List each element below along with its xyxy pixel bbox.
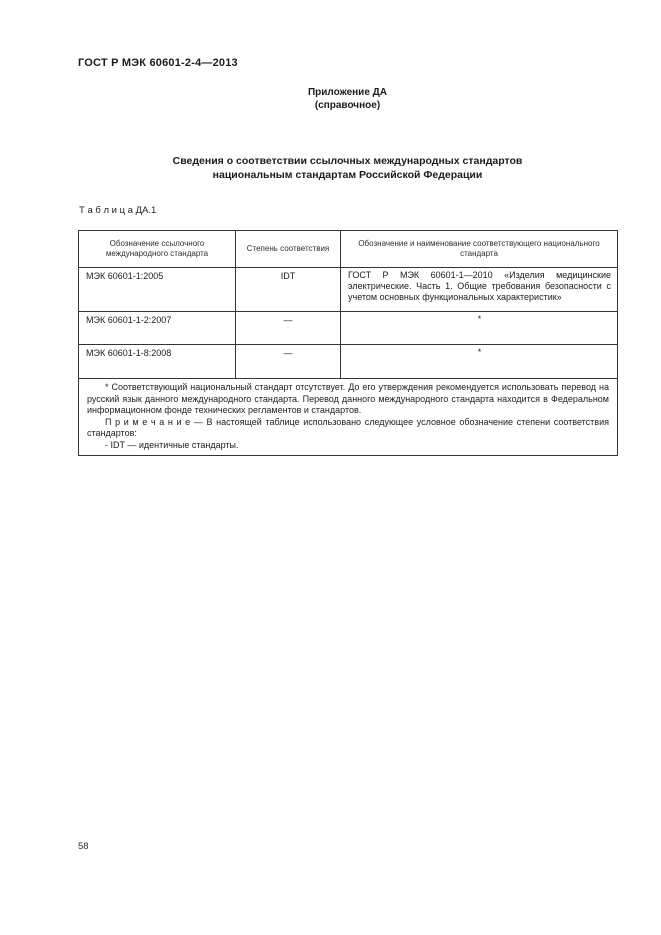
cell-degree: — — [236, 312, 341, 345]
annex-heading: Приложение ДА (справочное) — [78, 87, 617, 112]
col-header-national-standard: Обозначение и наименование соответствующ… — [341, 231, 618, 268]
col-header-degree: Степень соответствия — [236, 231, 341, 268]
cell-national-standard: * — [341, 345, 618, 379]
col-header-reference-standard: Обозначение ссылочного международного ст… — [79, 231, 236, 268]
footnote-asterisk-text: * Соответствующий национальный стандарт … — [87, 382, 609, 417]
cell-national-standard: * — [341, 312, 618, 345]
footnote-note-text: П р и м е ч а н и е — В настоящей таблиц… — [87, 417, 609, 440]
cell-national-standard: ГОСТ Р МЭК 60601-1—2010 «Изделия медицин… — [341, 268, 618, 312]
table-header-row: Обозначение ссылочного международного ст… — [79, 231, 618, 268]
table-row: МЭК 60601-1-2:2007 — * — [79, 312, 618, 345]
annex-type: (справочное) — [78, 100, 617, 113]
document-page: { "page": { "header": "ГОСТ Р МЭК 60601-… — [0, 0, 661, 935]
section-title-line1: Сведения о соответствии ссылочных междун… — [78, 155, 617, 169]
table-caption: Т а б л и ц а ДА.1 — [79, 205, 156, 216]
section-title-line2: национальным стандартам Российской Федер… — [78, 169, 617, 183]
cell-reference-standard: МЭК 60601-1:2005 — [79, 268, 236, 312]
section-title: Сведения о соответствии ссылочных междун… — [78, 155, 617, 182]
footnote-note-item: - IDT — идентичные стандарты. — [87, 440, 609, 452]
table-footnote: * Соответствующий национальный стандарт … — [79, 379, 618, 456]
cell-degree: IDT — [236, 268, 341, 312]
cell-degree: — — [236, 345, 341, 379]
annex-label: Приложение ДА — [78, 87, 617, 100]
cell-reference-standard: МЭК 60601-1-8:2008 — [79, 345, 236, 379]
page-number: 58 — [78, 841, 89, 852]
correspondence-table: Обозначение ссылочного международного ст… — [78, 230, 618, 456]
table-row: МЭК 60601-1-8:2008 — * — [79, 345, 618, 379]
running-header: ГОСТ Р МЭК 60601-2-4—2013 — [78, 57, 238, 69]
table-row: МЭК 60601-1:2005 IDT ГОСТ Р МЭК 60601-1—… — [79, 268, 618, 312]
table-footnote-row: * Соответствующий национальный стандарт … — [79, 379, 618, 456]
cell-reference-standard: МЭК 60601-1-2:2007 — [79, 312, 236, 345]
